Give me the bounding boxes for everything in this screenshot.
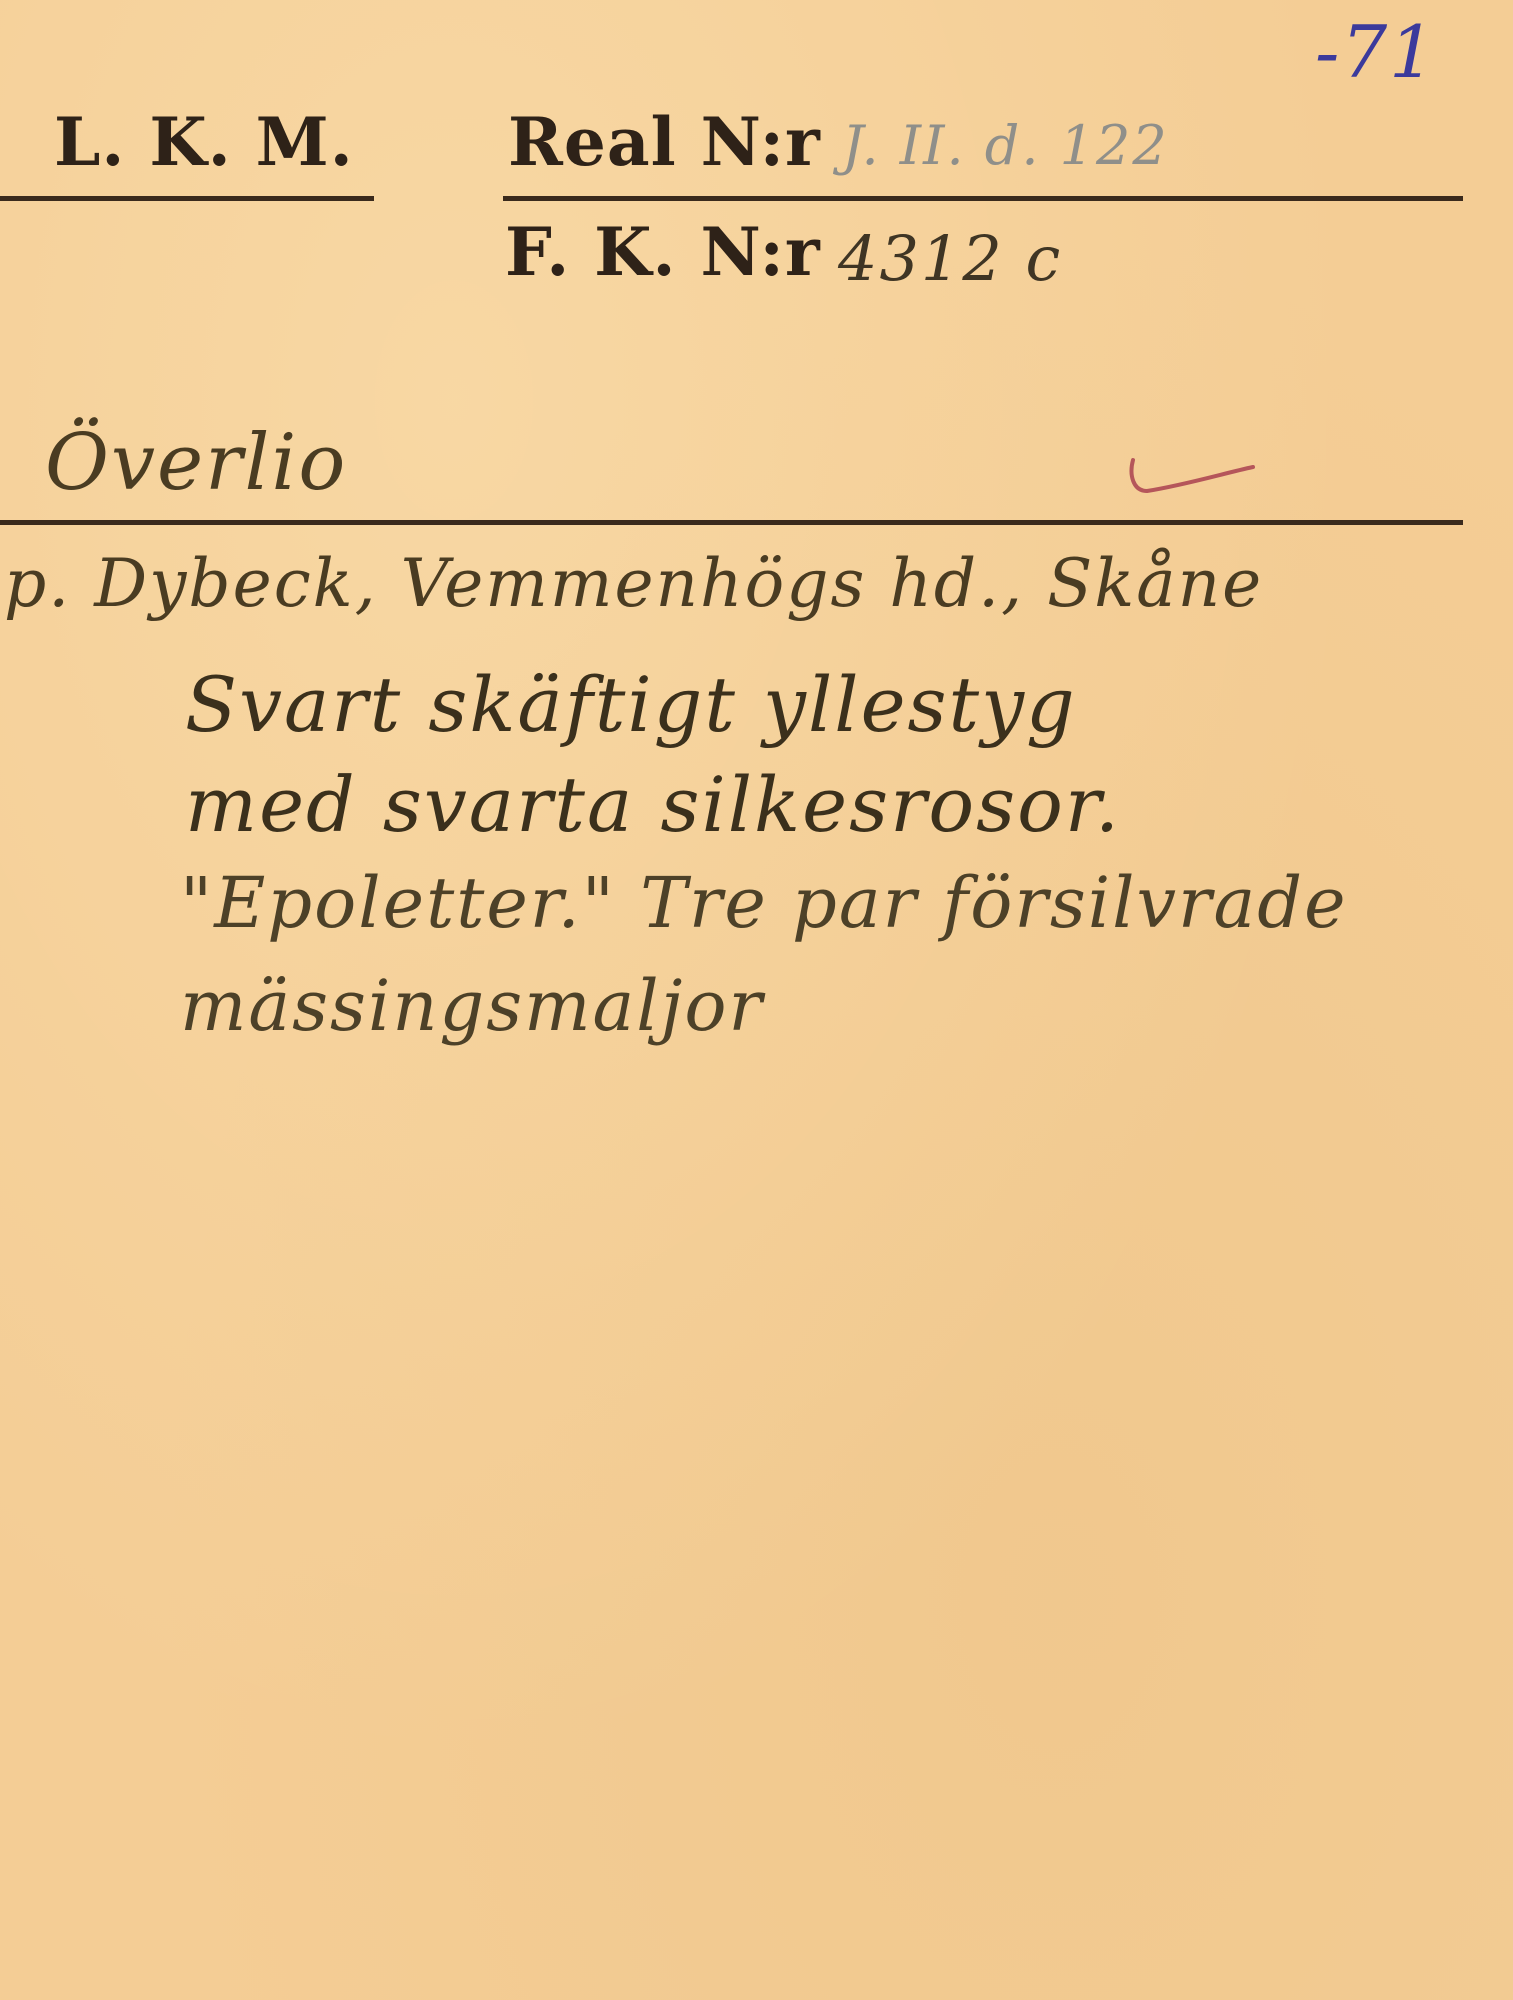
location-line: p. Dybeck, Vemmenhögs hd., Skåne <box>4 545 1263 622</box>
title-rule <box>0 520 1463 525</box>
museum-label: L. K. M. <box>54 103 354 181</box>
real-number-label: Real N:r <box>508 103 821 181</box>
corner-mark: -71 <box>1315 10 1437 94</box>
red-check-mark <box>1125 455 1260 500</box>
description-line: mässingsmaljor <box>180 965 764 1047</box>
description-line: med svarta silkesrosor. <box>185 760 1121 849</box>
real-number-rule <box>503 196 1463 201</box>
real-number-value: J. II. d. 122 <box>842 114 1169 177</box>
item-title: Överlio <box>45 418 347 508</box>
fk-number-value: 4312 c <box>838 222 1062 295</box>
description-line: Svart skäftigt yllestyg <box>185 660 1077 749</box>
description-line: "Epoletter." Tre par försilvrade <box>180 862 1348 944</box>
museum-rule <box>0 196 374 201</box>
fk-number-label: F. K. N:r <box>505 213 821 291</box>
